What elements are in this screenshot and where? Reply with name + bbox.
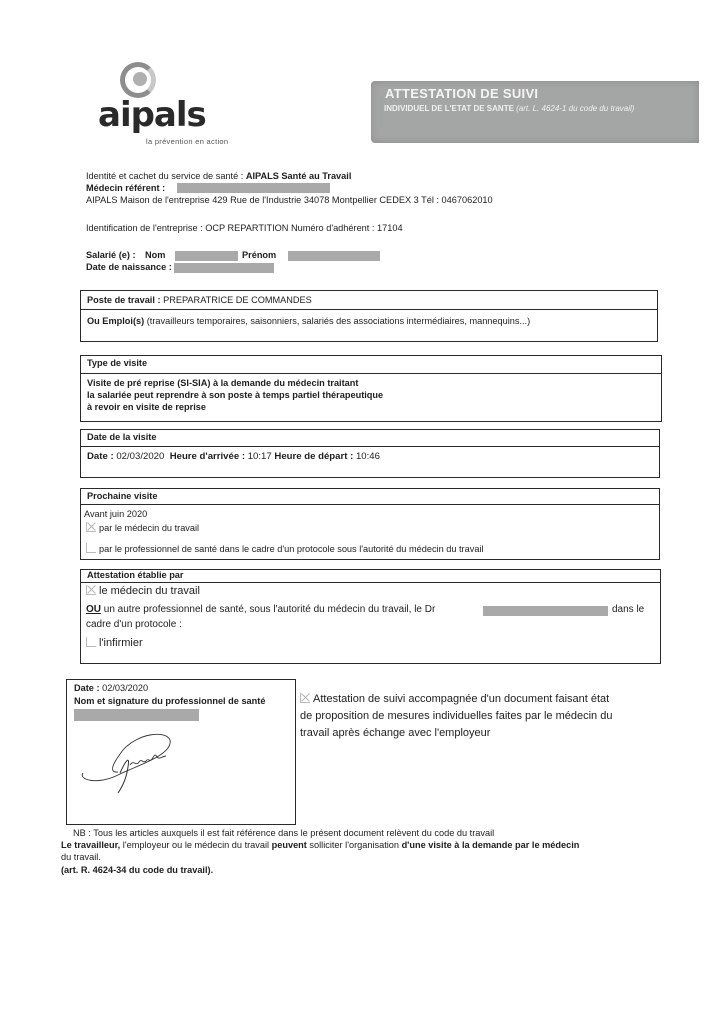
or-label: OU [86,604,101,615]
workstation-value: PREPARATRICE DE COMMANDES [163,295,312,305]
arrival-label: Heure d'arrivée : [170,451,248,462]
signature-date-value: 02/03/2020 [102,683,148,693]
accompanying-text: Attestation de suivi accompagnée d'un do… [313,693,609,705]
redacted-employee-name [175,251,238,261]
other-professional-suffix: dans le [612,604,644,616]
service-address: AIPALS Maison de l'entreprise 429 Rue de… [86,194,493,206]
option-label: l'infirmier [99,637,143,649]
checkbox-checked-icon[interactable] [86,522,96,532]
company-identification: Identification de l'entreprise : OCP REP… [86,222,403,234]
logo-name: aipals [98,95,206,135]
accompanying-text: de proposition de mesures individuelles … [300,709,612,724]
checkbox-empty-icon[interactable] [86,637,96,647]
option-label: le médecin du travail [99,585,200,597]
visit-type-line: la salariée peut reprendre à son poste à… [87,389,383,401]
divider [80,446,660,447]
visit-type-header: Type de visite [87,357,147,369]
handwritten-signature [78,725,188,795]
divider [80,373,662,374]
company-value: OCP REPARTITION Numéro d'adhérent : 1710… [205,223,402,233]
redacted-birthdate [174,263,274,273]
attestation-header: Attestation établie par [87,569,184,581]
departure-value: 10:46 [356,451,380,462]
visit-date-value: 02/03/2020 [116,451,164,462]
checkbox-checked-icon[interactable] [86,585,96,595]
divider [80,582,661,583]
subtitle-reference: (art. L. 4624-1 du code du travail) [516,104,634,113]
employee-nom-label: Nom [145,249,165,261]
referent-doctor: Médecin référent : [86,182,165,194]
signature-date: Date : 02/03/2020 [74,682,148,694]
workstation-label: Poste de travail : [87,295,163,305]
employment-hint: (travailleurs temporaires, saisonniers, … [144,316,530,326]
visit-date-header: Date de la visite [87,431,156,443]
document-title: ATTESTATION DE SUIVI [385,86,538,101]
divider [80,504,660,505]
attestation-other-professional: OU un autre professionnel de santé, sous… [86,604,435,616]
divider [80,309,658,310]
option-label: par le médecin du travail [99,523,199,533]
document-subtitle: INDIVIDUEL DE L'ETAT DE SANTE (art. L. 4… [384,104,634,113]
footer-text: l'employeur ou le médecin du travail [123,840,269,850]
footer-article: (art. R. 4624-34 du code du travail). [61,864,213,876]
signature-date-label: Date : [74,683,102,693]
option-label: par le professionnel de santé dans le ca… [99,544,484,554]
attestation-option-doctor[interactable]: le médecin du travail [86,584,200,599]
workstation: Poste de travail : PREPARATRICE DE COMMA… [87,294,312,306]
arrival-value: 10:17 [248,451,272,462]
checkbox-checked-icon[interactable] [300,693,310,703]
accompanying-document-option[interactable]: Attestation de suivi accompagnée d'un do… [300,692,609,707]
logo-icon-center [133,72,147,86]
service-identity-label: Identité et cachet du service de santé : [86,171,246,181]
footer-text: peuvent [269,840,309,850]
next-visit-option-professional[interactable]: par le professionnel de santé dans le ca… [86,543,484,555]
redacted-professional-name [74,709,199,721]
logo-tagline: la prévention en action [146,137,228,146]
footer-text: solliciter l'organisation [309,840,399,850]
employee-label: Salarié (e) : [86,249,136,261]
company-label: Identification de l'entreprise : [86,223,205,233]
accompanying-text: travail après échange avec l'employeur [300,726,490,741]
footer-text: Le travailleur, [61,840,123,850]
employment: Ou Emploi(s) (travailleurs temporaires, … [87,315,530,327]
next-visit-when: Avant juin 2020 [84,508,147,520]
footer-line: du travail. [61,851,101,863]
other-professional-text: un autre professionnel de santé, sous l'… [101,604,435,615]
redacted-doctor-name [177,183,330,193]
visit-date-label: Date : [87,451,116,462]
redacted-other-doctor [483,606,608,616]
service-identity: Identité et cachet du service de santé :… [86,170,351,182]
attestation-option-nurse[interactable]: l'infirmier [86,636,143,651]
employee-prenom-label: Prénom [242,249,276,261]
next-visit-header: Prochaine visite [87,490,157,502]
birthdate-label: Date de naissance : [86,261,172,273]
subtitle-text: INDIVIDUEL DE L'ETAT DE SANTE [384,104,514,113]
visit-date-details: Date : 02/03/2020 Heure d'arrivée : 10:1… [87,451,380,463]
footer-request-visit: Le travailleur, l'employeur ou le médeci… [61,839,579,851]
footer-nb: NB : Tous les articles auxquels il est f… [73,827,494,839]
checkbox-empty-icon[interactable] [86,543,96,553]
redacted-employee-firstname [288,251,380,261]
employment-label: Ou Emploi(s) [87,316,144,326]
departure-label: Heure de départ : [274,451,356,462]
visit-type-line: à revoir en visite de reprise [87,401,206,413]
next-visit-option-doctor[interactable]: par le médecin du travail [86,522,199,534]
referent-doctor-label: Médecin référent : [86,183,165,193]
signature-name-label: Nom et signature du professionnel de san… [74,695,265,707]
visit-type-line: Visite de pré reprise (SI-SIA) à la dema… [87,377,358,389]
footer-text: d'une visite à la demande par le médecin [399,840,579,850]
service-identity-value: AIPALS Santé au Travail [246,171,352,181]
protocol-text: cadre d'un protocole : [86,619,182,631]
